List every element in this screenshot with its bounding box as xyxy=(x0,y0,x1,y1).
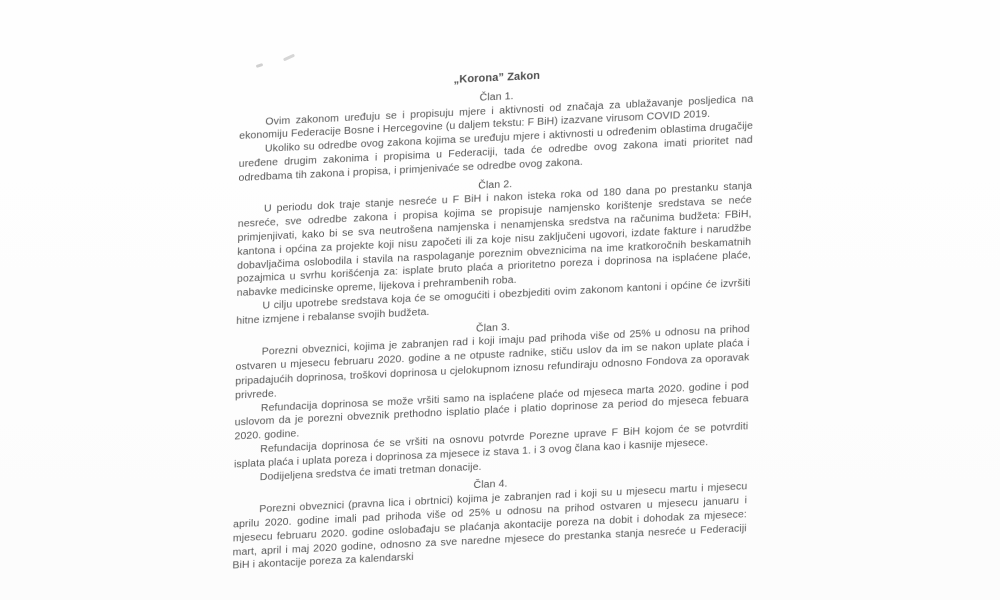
pen-smudge-mark xyxy=(283,54,295,62)
scanned-document-screen: „Korona” Zakon Član 1. Ovim zakonom uređ… xyxy=(0,0,1000,600)
pen-smudge-mark xyxy=(256,63,264,68)
article-3: Član 3. Porezni obveznici, kojima je zab… xyxy=(234,309,750,485)
article-4: Član 4. Porezni obveznici (pravna lica i… xyxy=(232,466,747,573)
document-page: „Korona” Zakon Član 1. Ovim zakonom uređ… xyxy=(232,60,754,574)
article-2: Član 2. U periodu dok traje stanje nesre… xyxy=(236,166,752,328)
